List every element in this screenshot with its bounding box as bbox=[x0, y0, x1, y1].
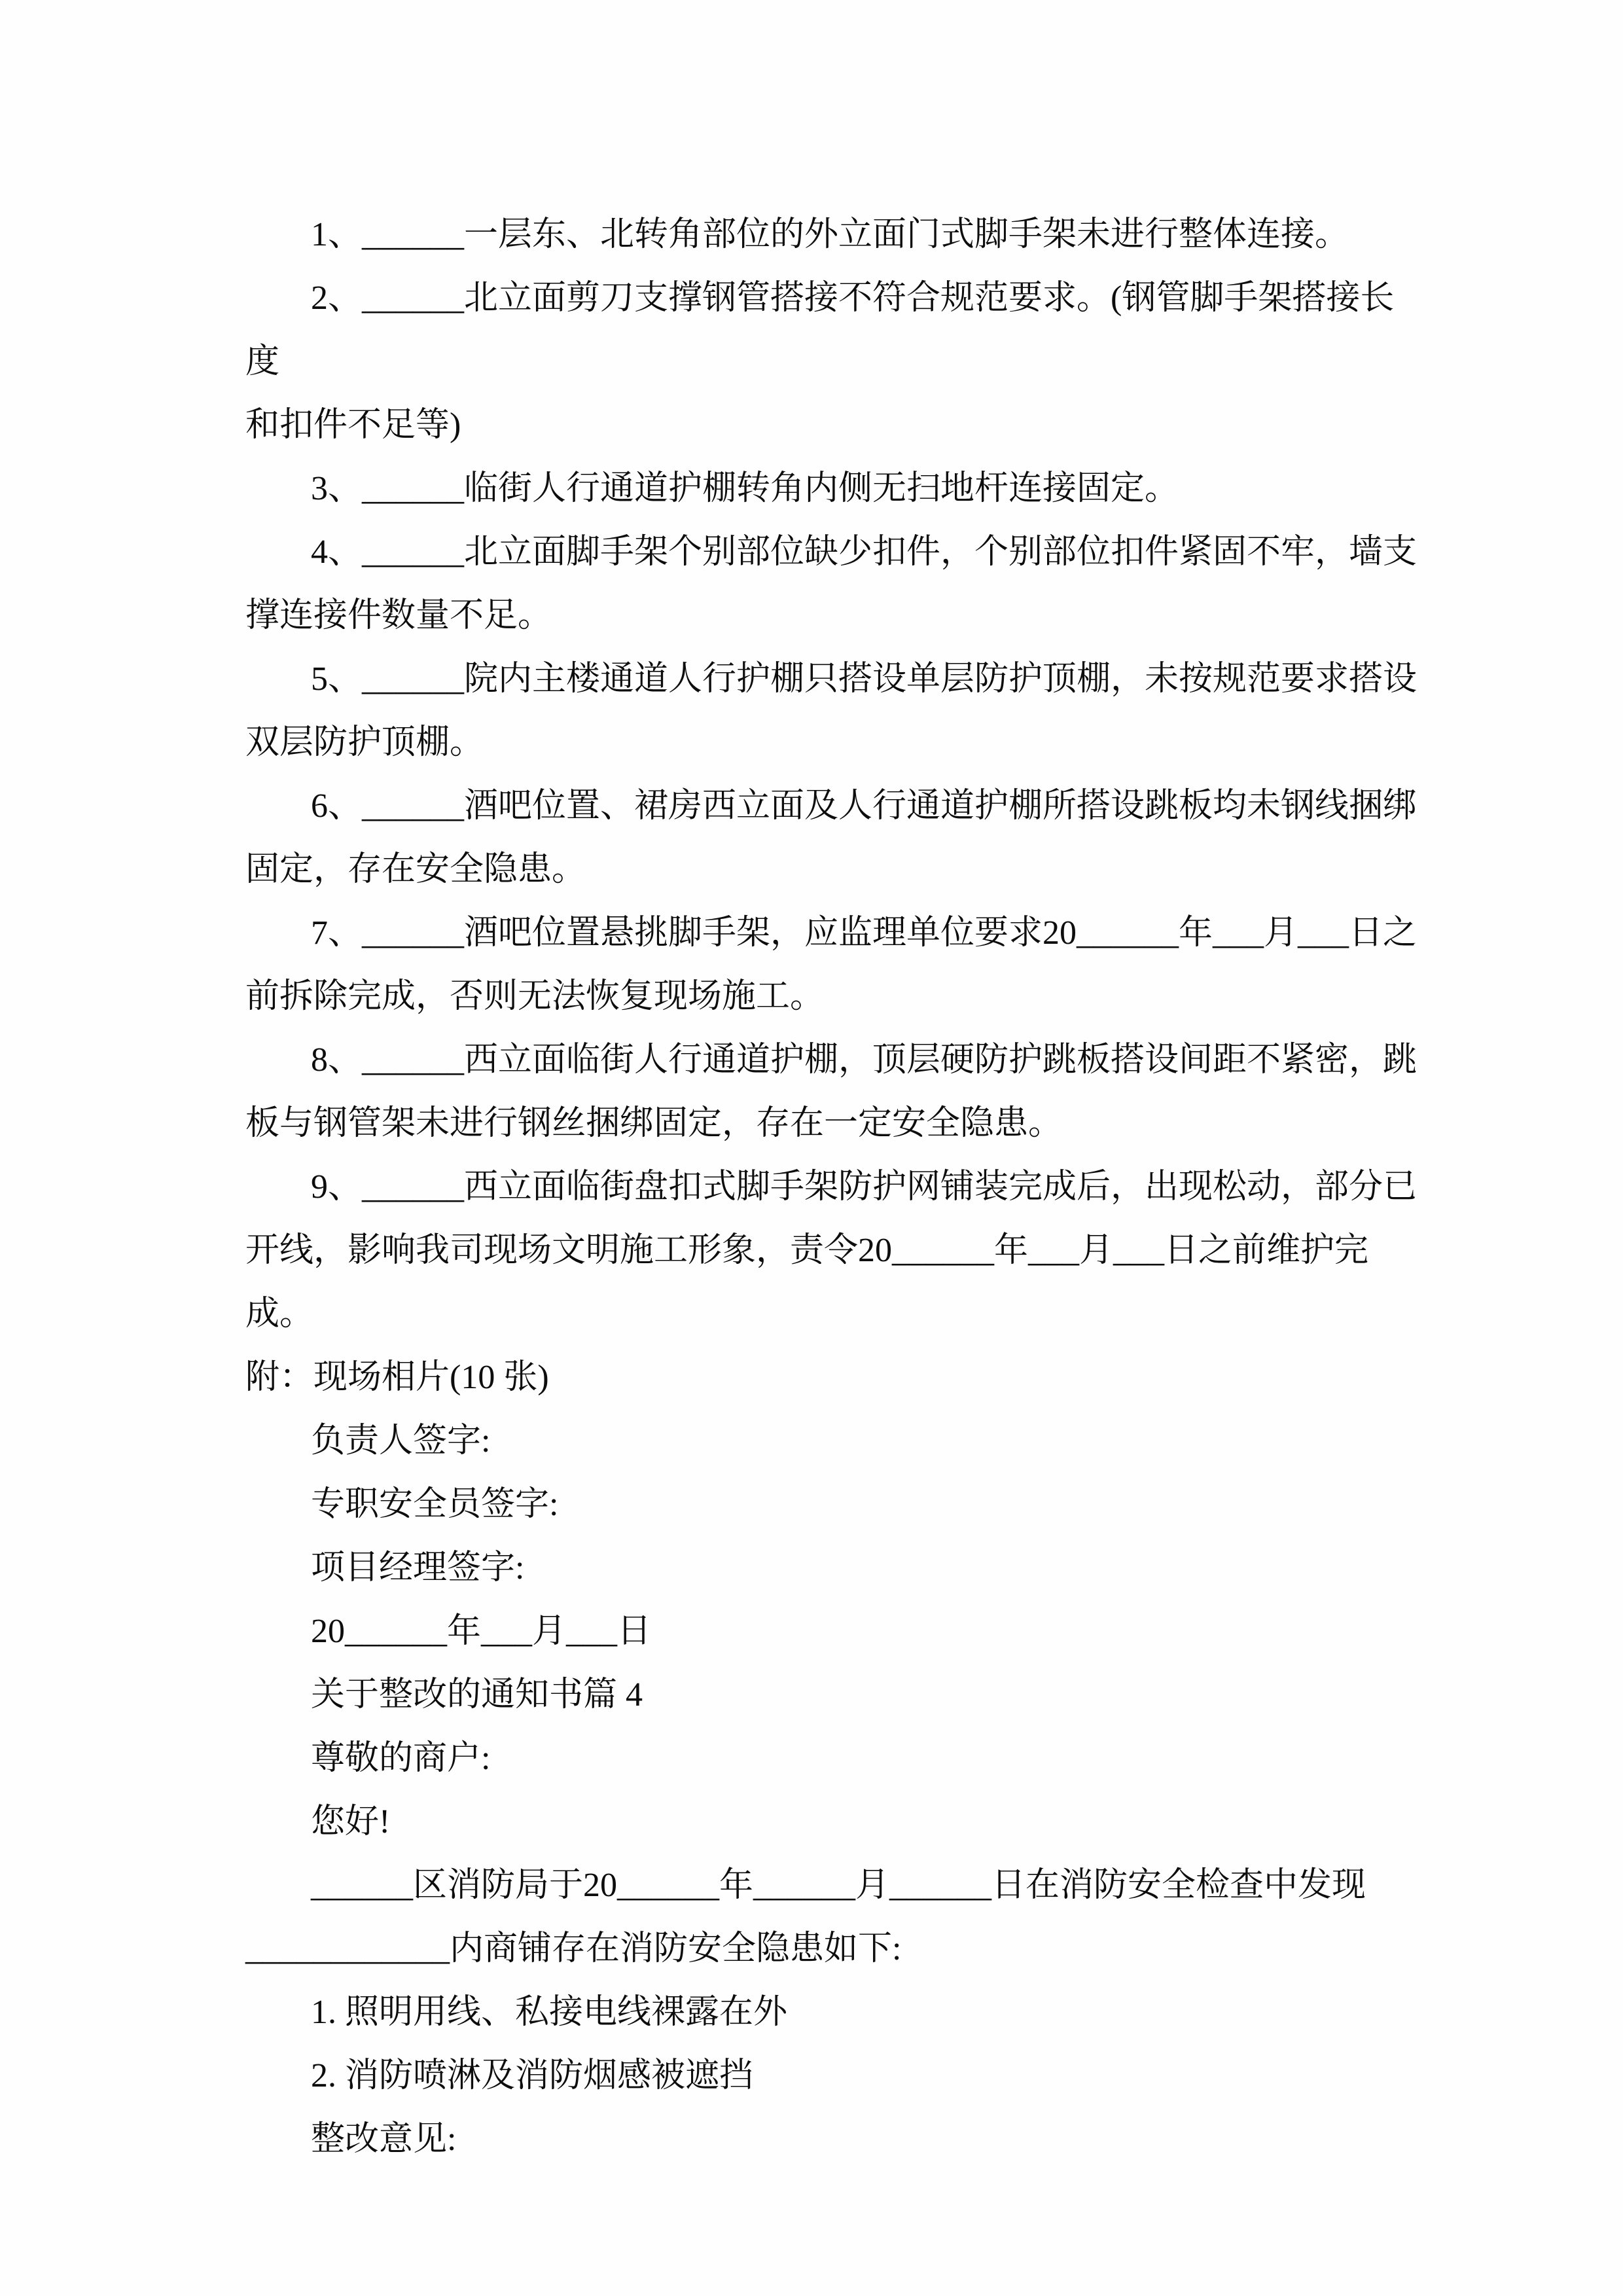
rectification-item-3: 3、______临街人行通道护棚转角内侧无扫地杆连接固定。 bbox=[245, 457, 1423, 520]
rectification-item-6-line2: 固定，存在安全隐患。 bbox=[245, 838, 1423, 901]
signature-safety-officer: 专职安全员签字: bbox=[245, 1473, 1423, 1536]
rectification-item-1: 1、______一层东、北转角部位的外立面门式脚手架未进行整体连接。 bbox=[245, 203, 1423, 266]
hazard-item-2: 2. 消防喷淋及消防烟感被遮挡 bbox=[245, 2044, 1423, 2108]
fire-inspection-intro-line1: ______区消防局于20______年______月______日在消防安全检… bbox=[245, 1854, 1423, 1917]
rectification-item-4-line2: 撑连接件数量不足。 bbox=[245, 584, 1423, 647]
rectification-opinion-label: 整改意见: bbox=[245, 2108, 1423, 2171]
date-blank-line: 20______年___月___日 bbox=[245, 1600, 1423, 1663]
rectification-item-7-line1: 7、______酒吧位置悬挑脚手架，应监理单位要求20______年___月__… bbox=[245, 901, 1423, 965]
rectification-item-8-line1: 8、______西立面临街人行通道护棚，顶层硬防护跳板搭设间距不紧密，跳 bbox=[245, 1028, 1423, 1092]
section-title-piece-4: 关于整改的通知书篇 4 bbox=[245, 1663, 1423, 1727]
rectification-item-6-line1: 6、______酒吧位置、裙房西立面及人行通道护棚所搭设跳板均未钢线捆绑 bbox=[245, 774, 1423, 838]
rectification-item-5-line2: 双层防护顶棚。 bbox=[245, 711, 1423, 774]
rectification-item-4-line1: 4、______北立面脚手架个别部位缺少扣件，个别部位扣件紧固不牢，墙支 bbox=[245, 520, 1423, 584]
document-body: 1、______一层东、北转角部位的外立面门式脚手架未进行整体连接。 2、___… bbox=[245, 203, 1423, 2171]
hazard-item-1: 1. 照明用线、私接电线裸露在外 bbox=[245, 1981, 1423, 2044]
signature-project-manager: 项目经理签字: bbox=[245, 1536, 1423, 1600]
rectification-item-9-line2: 开线，影响我司现场文明施工形象，责令20______年___月___日之前维护完… bbox=[245, 1219, 1423, 1346]
document-page: 1、______一层东、北转角部位的外立面门式脚手架未进行整体连接。 2、___… bbox=[0, 0, 1623, 2296]
rectification-item-9-line1: 9、______西立面临街盘扣式脚手架防护网铺装完成后，出现松动，部分已 bbox=[245, 1155, 1423, 1219]
greeting: 您好! bbox=[245, 1790, 1423, 1854]
salutation-merchant: 尊敬的商户: bbox=[245, 1727, 1423, 1790]
rectification-item-2-line1: 2、______北立面剪刀支撑钢管搭接不符合规范要求。(钢管脚手架搭接长度 bbox=[245, 266, 1423, 393]
signature-responsible-person: 负责人签字: bbox=[245, 1409, 1423, 1473]
attachment-note: 附：现场相片(10 张) bbox=[245, 1346, 1423, 1409]
rectification-item-8-line2: 板与钢管架未进行钢丝捆绑固定，存在一定安全隐患。 bbox=[245, 1092, 1423, 1155]
fire-inspection-intro-line2: ____________内商铺存在消防安全隐患如下: bbox=[245, 1917, 1423, 1981]
rectification-item-2-line2: 和扣件不足等) bbox=[245, 393, 1423, 457]
rectification-item-5-line1: 5、______院内主楼通道人行护棚只搭设单层防护顶棚，未按规范要求搭设 bbox=[245, 647, 1423, 711]
rectification-item-7-line2: 前拆除完成，否则无法恢复现场施工。 bbox=[245, 965, 1423, 1028]
